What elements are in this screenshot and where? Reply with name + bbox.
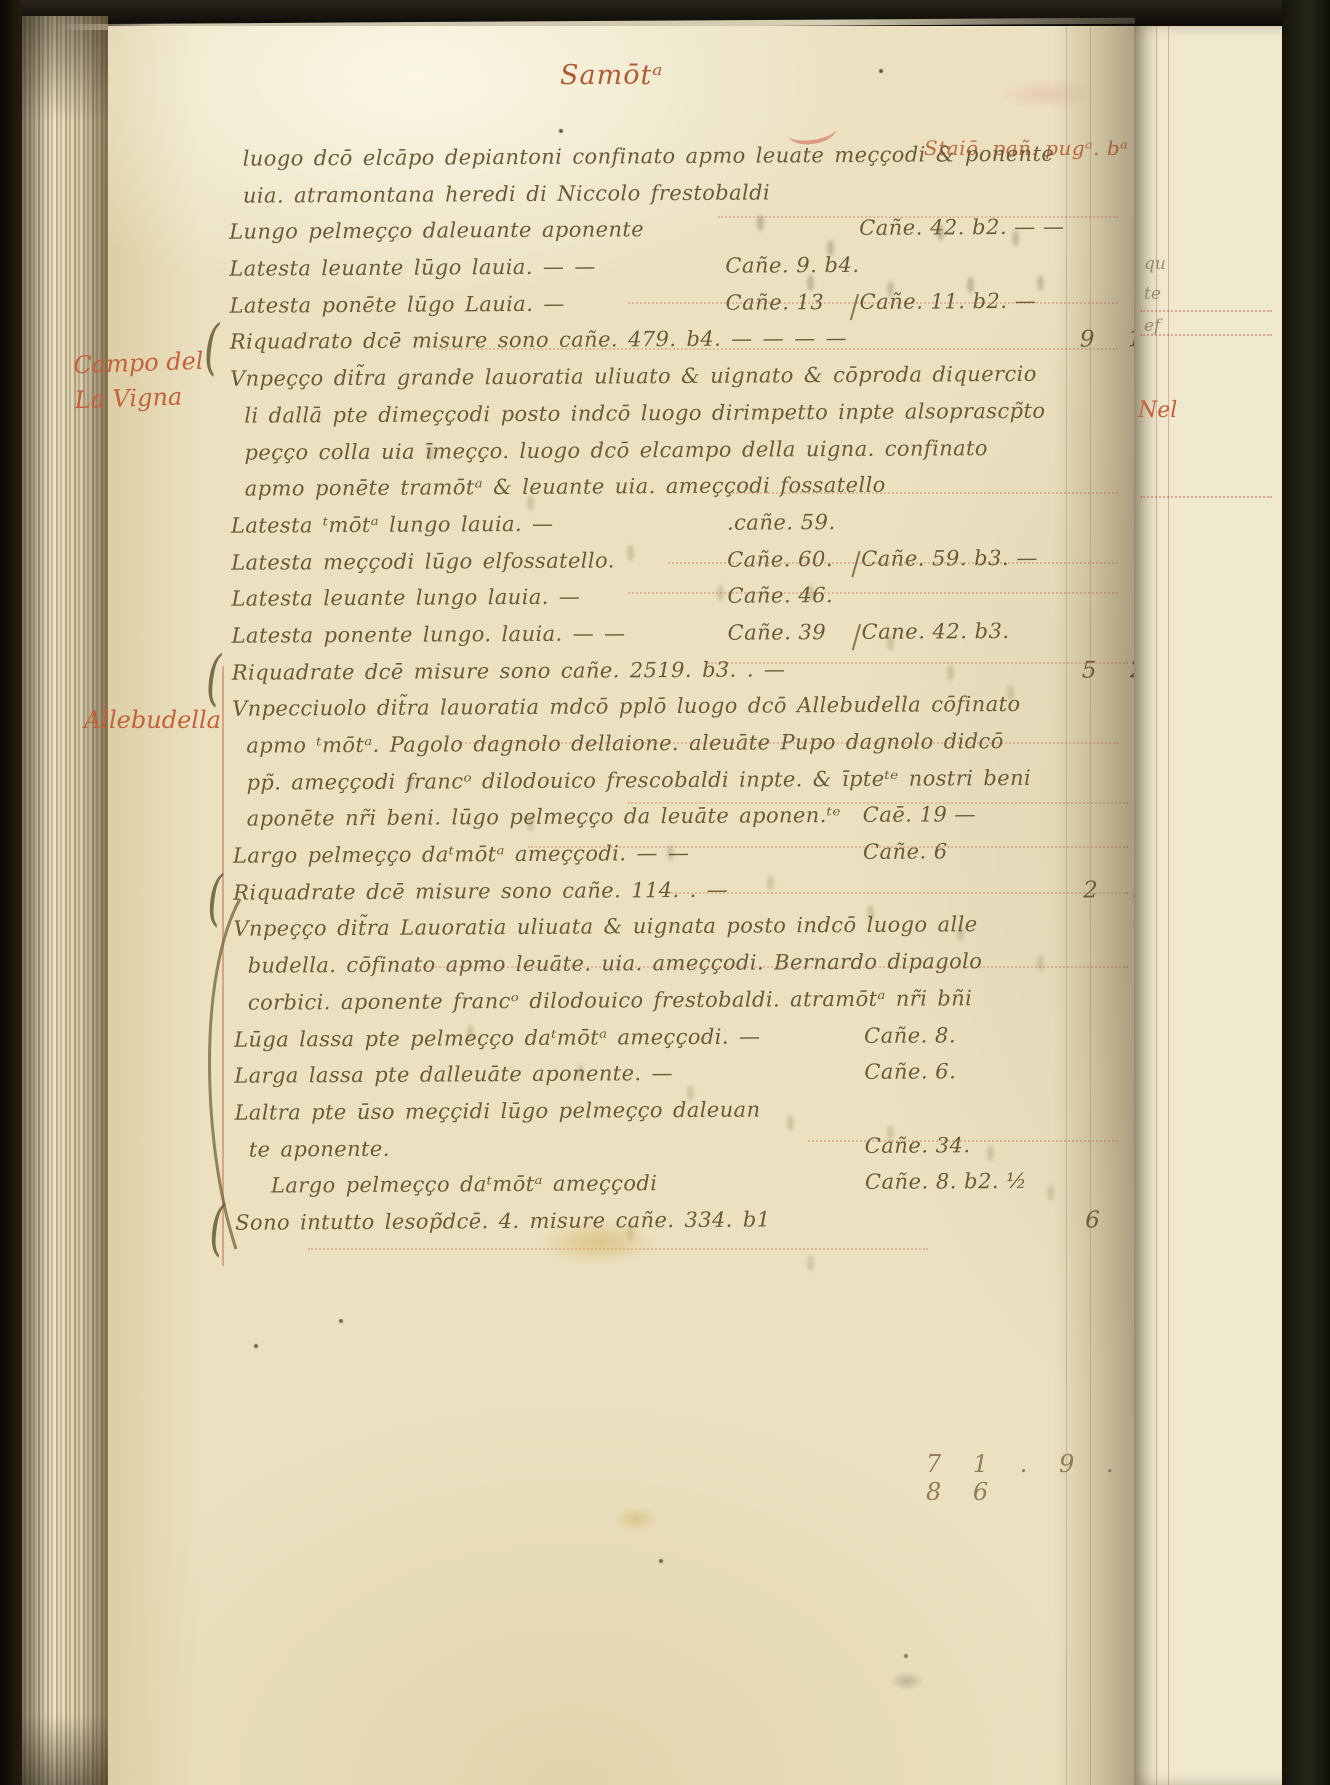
ink-specks — [108, 26, 110, 28]
verso-bleed-text: ef — [1144, 316, 1160, 336]
next-page-edge: qu te ef Nel — [1134, 26, 1282, 1785]
entry-text: pp̃. ameççodi francᵒ dilodouico frescoba… — [246, 766, 1031, 795]
rubric-label-allebudella: Allebudella — [84, 706, 221, 734]
stain — [890, 1671, 924, 1691]
entry-text: apmo ponēte tramōtᵃ & leuante uia. ameçç… — [245, 473, 886, 501]
column-divider — [840, 621, 861, 651]
cane-value-a: Cañe. 13 — [726, 290, 825, 315]
cane-value-b: Cañe. 42. b2. — — — [859, 215, 1064, 240]
entry-text: Latesta leuante lungo lauia. — — [231, 585, 580, 611]
entry-text: luogo dcō elcāpo depiantoni confinato ap… — [243, 142, 1055, 171]
manuscript-page: Samōtᵃ Staiō. pañ. pugᵃ. bᵃ luogo dcō el… — [108, 26, 1134, 1785]
ruling-line — [308, 1248, 928, 1250]
ledger-line: te aponente. Cañe. 34. — [235, 1132, 1137, 1174]
entry-text: Riquadrate dcē misure sono cañe. 114. . … — [233, 877, 728, 904]
entry-text: Riquadrate dcē misure sono cañe. 2519. b… — [232, 657, 786, 684]
ledger-line: ( Riquadrate dcē misure sono cañe. 114. … — [233, 875, 1135, 917]
ledger-line: Latesta ponente lungo. lauia. — — Cañe. … — [232, 618, 1134, 660]
ledger-line: Largo pelmeçço daᵗmōtᵃ ameççodi Cañe. 8.… — [235, 1168, 1137, 1210]
rubric-label-line: La Vigna — [74, 379, 205, 419]
entry-text: peçço colla uia īmeçço. luogo dcō elcamp… — [244, 436, 988, 465]
ledger-lines: luogo dcō elcāpo depiantoni confinato ap… — [229, 141, 1138, 1247]
stain — [613, 1506, 659, 1532]
cane-value-b: Cañe. 34. — [865, 1133, 971, 1158]
brace-mark: ( — [207, 864, 223, 933]
stain — [998, 78, 1094, 110]
entry-text: Largo pelmeçço daᵗmōtᵃ ameççodi. — — — [233, 841, 689, 868]
entry-text: apmo ᵗmōtᵃ. Pagolo dagnolo dellaione. al… — [246, 729, 1004, 758]
entry-text: Sono intutto lesop̃dcē. 4. misure cañe. … — [235, 1207, 770, 1234]
ledger-line: Latesta meççodi lūgo elfossatello. Cañe.… — [231, 545, 1133, 587]
cane-value-a: Cañe. 39 — [728, 620, 827, 645]
brace-mark: ( — [209, 1194, 225, 1263]
ledger-line: ( Riquadrato dcē misure sono cañe. 479. … — [230, 325, 1132, 367]
ledger-line: pp̃. ameççodi francᵒ dilodouico frescoba… — [232, 765, 1134, 807]
entry-text: aponēte nr̃i beni. lūgo pelmeçço da leuā… — [247, 803, 841, 831]
cane-value-b: Cañe. 6 — [863, 839, 948, 864]
ledger-line: apmo ᵗmōtᵃ. Pagolo dagnolo dellaione. al… — [232, 728, 1134, 770]
ledger-line: Latesta leuante lūgo lauia. — — Cañe. 9.… — [229, 251, 1131, 293]
ledger-line: Lūga lassa pte pelmeçço daᵗmōtᵃ ameççodi… — [234, 1022, 1136, 1064]
entry-text: te aponente. — [249, 1136, 390, 1161]
rubric-label-next-page: Nel — [1138, 398, 1177, 423]
entry-text: Latesta ponente lungo. lauia. — — — [232, 621, 626, 647]
cane-value-b: Cañe. 11. b2. — — [860, 289, 1037, 314]
ledger-line: Vnpeçço dit̃ra Lauoratia uliuata & uigna… — [233, 912, 1135, 954]
entry-text: Latesta leuante lūgo lauia. — — — [229, 255, 596, 281]
entry-text: Vnpeçço dit̃ra Lauoratia uliuata & uigna… — [233, 913, 977, 942]
rubric-label-campo-della-vigna: Campo del La Vigna — [73, 344, 205, 418]
entry-text: Larga lassa pte dalleuāte aponente. — — [234, 1061, 673, 1088]
cane-value-b: Cane. 42. b3. — [862, 619, 1010, 644]
book-binding-left — [0, 0, 22, 1785]
bleedthrough-texture — [108, 26, 113, 40]
ledger-line: Lungo pelmeçço daleuante aponente Cañe. … — [229, 215, 1131, 257]
ledger-line: li dallā pte dimeççodi posto indcō luogo… — [230, 398, 1132, 440]
page-edges-gutter — [22, 16, 108, 1785]
ledger-line: aponēte nr̃i beni. lūgo pelmeçço da leuā… — [233, 802, 1135, 844]
entry-text: Laltra pte ūso meççidi lūgo pelmeçço dal… — [234, 1097, 760, 1124]
ledger-line: ( Riquadrate dcē misure sono cañe. 2519.… — [232, 655, 1134, 697]
brace-mark: ( — [206, 644, 222, 713]
column-divider — [838, 290, 859, 320]
entry-text: uia. atramontana heredi di Niccolo frest… — [243, 180, 770, 207]
entry-text: Latesta ponēte lūgo Lauia. — — [230, 291, 565, 317]
ledger-line: Larga lassa pte dalleuāte aponente. — Ca… — [234, 1058, 1136, 1100]
entry-text: Latesta meççodi lūgo elfossatello. — [231, 548, 615, 574]
entry-text: Lungo pelmeçço daleuante aponente — [229, 218, 644, 245]
brace-mark: ( — [204, 314, 220, 383]
ruling-line — [1140, 496, 1272, 498]
cane-value-b: Caē. 19 — — [863, 803, 976, 828]
entry-text: li dallā pte dimeççodi posto indcō luogo… — [244, 399, 1045, 428]
ledger-line: apmo ponēte tramōtᵃ & leuante uia. ameçç… — [231, 471, 1133, 513]
book-binding-right — [1282, 0, 1330, 1785]
entry-text: Vnpecciuolo dit̃ra lauoratia mdcō pplō l… — [232, 692, 1021, 721]
ledger-line: ( Sono intutto lesop̃dcē. 4. misure cañe… — [235, 1205, 1137, 1247]
entry-text: Lūga lassa pte pelmeçço daᵗmōtᵃ ameççodi… — [234, 1024, 760, 1051]
entry-text: budella. cōfinato apmo leuāte. uia. ameç… — [248, 949, 983, 977]
cane-value-b: Cañe. 8. b2. ½ — [865, 1169, 1027, 1194]
ledger-line: uia. atramontana heredi di Niccolo frest… — [229, 178, 1131, 220]
column-divider — [840, 547, 861, 577]
cane-value-b: Cañe. 59. b3. — — [861, 545, 1038, 570]
entry-text: Latesta ᵗmōtᵃ lungo lauia. — — [231, 512, 554, 538]
cane-value-a: Cañe. 46. — [727, 583, 833, 608]
cane-value-b: Cañe. 6. — [864, 1060, 956, 1085]
ledger-line: Vnpecciuolo dit̃ra lauoratia mdcō pplō l… — [232, 692, 1134, 734]
cane-value-a: Cañe. 9. b4. — [725, 253, 859, 278]
ledger-line: Laltra pte ūso meççidi lūgo pelmeçço dal… — [234, 1095, 1136, 1137]
page-title: Samōtᵃ — [560, 60, 663, 91]
ledger-line: budella. cōfinato apmo leuāte. uia. ameç… — [234, 948, 1136, 990]
rubric-label-line: Campo del — [73, 344, 204, 384]
cane-value-a: .cañe. 59. — [727, 510, 836, 535]
ruling-line — [1168, 26, 1169, 1785]
ruling-line — [1140, 310, 1272, 312]
ledger-line: peçço colla uia īmeçço. luogo dcō elcamp… — [230, 435, 1132, 477]
entry-text: Riquadrato dcē misure sono cañe. 479. b4… — [230, 326, 847, 354]
verso-bleed-text: te — [1144, 284, 1161, 304]
entry-text: Vnpeçço dit̃ra grande lauoratia uliuato … — [230, 362, 1037, 391]
ledger-line: corbici. aponente francᵒ dilodouico fres… — [234, 985, 1136, 1027]
entry-text: Largo pelmeçço daᵗmōtᵃ ameççodi — [271, 1171, 657, 1197]
ledger-line: luogo dcō elcāpo depiantoni confinato ap… — [229, 141, 1131, 183]
cane-value-a: Cañe. 60. — [727, 547, 833, 572]
ledger-line: Latesta leuante lungo lauia. — Cañe. 46. — [231, 581, 1133, 623]
ledger-line: Vnpeçço dit̃ra grande lauoratia uliuato … — [230, 361, 1132, 403]
cane-value-b: Cañe. 8. — [864, 1023, 956, 1048]
bottom-margin-figures: 7 1 . 9 . 8 6 — [926, 1450, 1134, 1506]
ledger-line: Latesta ponēte lūgo Lauia. — Cañe. 13 Ca… — [230, 288, 1132, 330]
ledger-line: Largo pelmeçço daᵗmōtᵃ ameççodi. — — Cañ… — [233, 838, 1135, 880]
manuscript-photo: Samōtᵃ Staiō. pañ. pugᵃ. bᵃ luogo dcō el… — [0, 0, 1330, 1785]
verso-bleed-text: qu — [1144, 254, 1166, 274]
ledger-line: Latesta ᵗmōtᵃ lungo lauia. — .cañe. 59. — [231, 508, 1133, 550]
entry-text: corbici. aponente francᵒ dilodouico fres… — [248, 986, 973, 1014]
